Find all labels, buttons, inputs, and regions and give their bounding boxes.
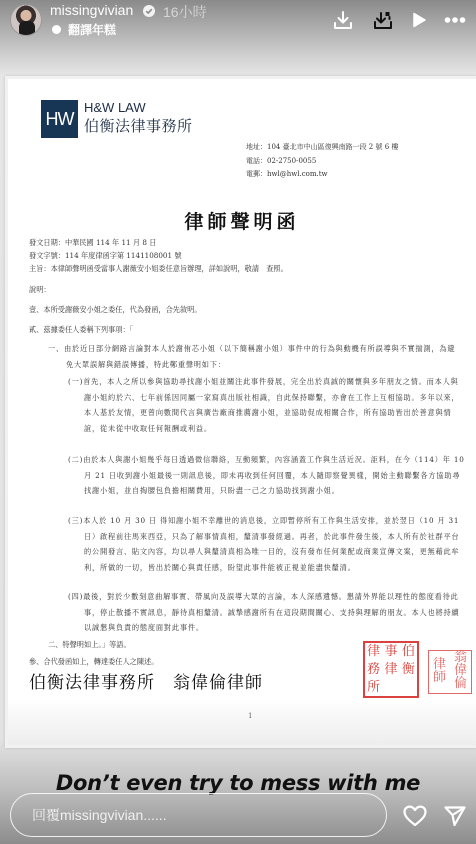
send-icon[interactable]	[442, 803, 468, 829]
law-firm-seal: 律 事 伯 務 律 衡 所	[363, 641, 419, 698]
save-to-collection-icon[interactable]	[371, 8, 395, 32]
issue-date: 發文日期：中華民國 114 年 11 月 8 日	[29, 238, 156, 248]
phone: 電話：02-2750-0055	[246, 155, 398, 169]
post-time: 16小時	[163, 2, 207, 22]
username[interactable]: missingvivian	[50, 2, 133, 18]
music-label[interactable]: 翻譯年糕	[68, 21, 116, 38]
verified-badge-icon	[143, 5, 155, 17]
point-1: (一)首先，本人之所以參與協助尋找謝小姐並關注此事件發展，完全出於真誠的關懷與多…	[68, 374, 466, 436]
heart-icon[interactable]	[402, 803, 428, 829]
avatar[interactable]	[10, 4, 42, 36]
legal-letter-document: HW H&W LAW 伯衡法律事務所 地址：104 臺北市中山區復興南路一段 2…	[8, 79, 476, 745]
page-number: 1	[248, 712, 252, 720]
point-2: (二)由於本人與謝小姐幾乎每日透過微信聯絡，互動頻繁，內容涵蓋工作與生活近況。詎…	[68, 452, 466, 499]
document-title: 律師聲明函	[8, 207, 476, 234]
contact-block: 地址：104 臺北市中山區復興南路一段 2 號 6 樓 電話：02-2750-0…	[246, 141, 398, 182]
address: 地址：104 臺北市中山區復興南路一段 2 號 6 樓	[246, 141, 398, 155]
law-firm-logo: HW	[41, 100, 78, 138]
play-icon[interactable]	[407, 8, 431, 32]
point-4: (四)最後，對於少數刻意曲解事實、帶風向及誤導大眾的言論，本人深感遺憾。懇請外界…	[68, 589, 466, 636]
item-1: 一、由於近日部分網路言論對本人於謝侑芯小姐（以下簡稱謝小姐）事件中的行為與動機有…	[48, 341, 463, 372]
email: 電郵：hwl@hwl.com.tw	[246, 168, 398, 182]
music-icon	[52, 25, 61, 34]
reply-input[interactable]: 回覆missingvivian......	[10, 793, 387, 837]
more-icon[interactable]	[443, 8, 467, 32]
story-header: missingvivian 16小時 翻譯年糕	[0, 0, 476, 48]
section-3: 參、合代發函如上，轉達委任人之陳述。	[29, 657, 158, 667]
reference-number: 發文字號：114 年度律函字第 1141108001 號	[29, 251, 182, 261]
section-2: 貳、茲據委任人委稱下列事項：「	[29, 325, 133, 335]
signature: 伯衡法律事務所 翁偉倫律師	[29, 668, 263, 693]
explanation-label: 說明：	[29, 285, 51, 295]
section-1: 壹、本所受謝薇安小姐之委任，代為發函，合先敘明。	[29, 305, 202, 315]
point-3: (三)本人於 10 月 30 日 得知謝小姐不幸離世的消息後，立即暫停所有工作與…	[68, 513, 466, 575]
story-caption: Don’t even try to mess with me	[0, 771, 476, 795]
item-2: 二、特聲明如上。」等語。	[48, 640, 131, 650]
lawyer-seal: 律師 翁偉倫	[428, 650, 472, 694]
download-icon[interactable]	[331, 8, 355, 32]
reply-placeholder: 回覆missingvivian......	[32, 805, 167, 825]
subject: 主旨：本律師聲明函受當事人謝薇安小姐委任意旨辦理，詳如說明，敬請 查照。	[29, 264, 288, 274]
law-firm-english-name: H&W LAW	[84, 100, 146, 115]
law-firm-chinese-name: 伯衡法律事務所	[84, 115, 193, 136]
